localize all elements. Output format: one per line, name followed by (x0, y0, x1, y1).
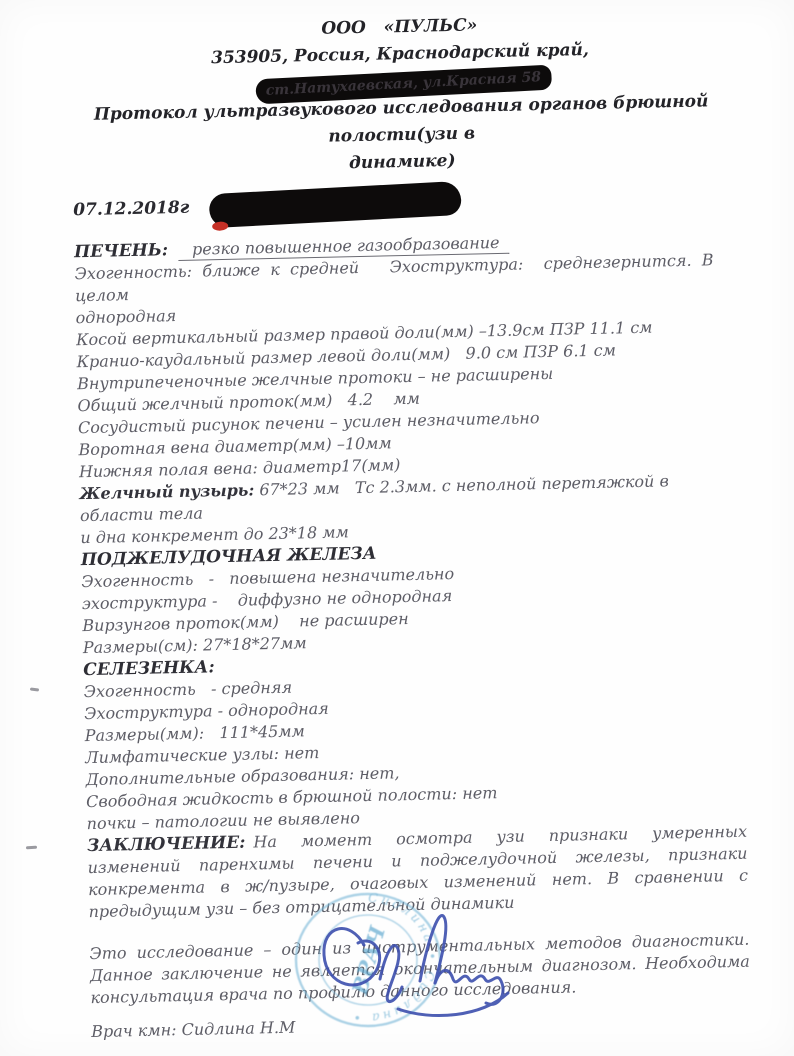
scan-artifact (30, 687, 39, 691)
exam-date: 07.12.2018г (73, 198, 189, 221)
scanned-report-page: ООО «ПУЛЬС» 353905, Россия, Краснодарски… (0, 0, 794, 1056)
scan-artifact (26, 846, 37, 850)
doctor-signature (300, 893, 520, 1028)
address-prefix: 353905, Россия, Краснодарский край, (211, 40, 589, 68)
liver-heading: ПЕЧЕНЬ: (74, 240, 168, 262)
conclusion-label: ЗАКЛЮЧЕНИЕ: (87, 833, 246, 856)
gallbladder-label: Желчный пузырь: (79, 480, 254, 503)
signature-icon (300, 893, 520, 1028)
